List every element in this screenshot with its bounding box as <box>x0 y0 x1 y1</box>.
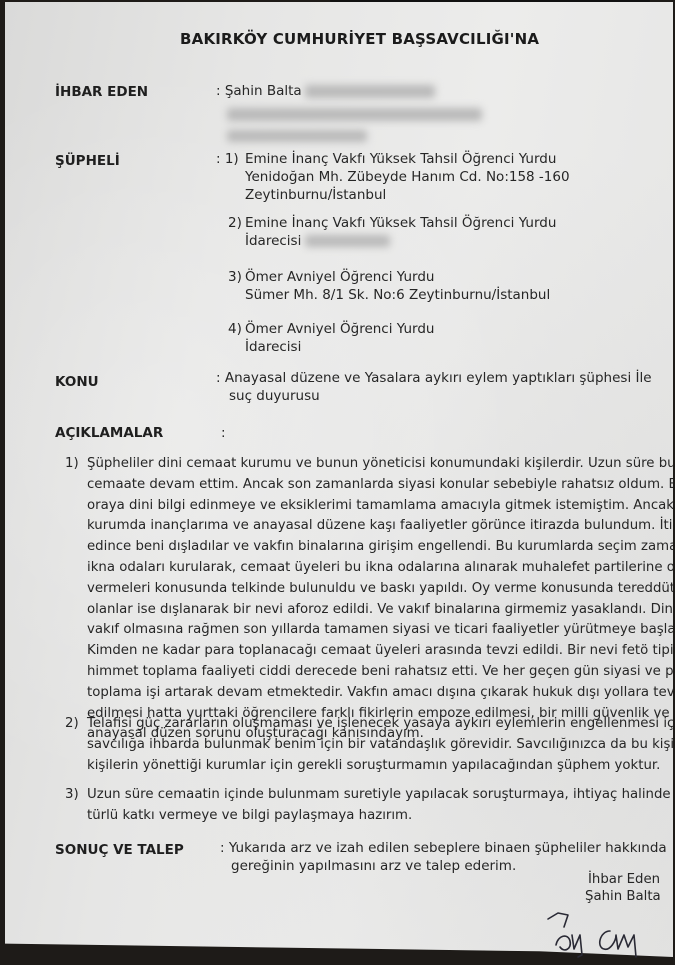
supheli-item-4-line: İdarecisi <box>245 338 301 356</box>
label-sonuc-ve-talep: SONUÇ VE TALEP <box>55 842 184 858</box>
supheli-item-1-number: : 1) <box>216 150 239 168</box>
supheli-item-1-line: Yenidoğan Mh. Zübeyde Hanım Cd. No:158 -… <box>245 168 570 186</box>
supheli-item-4-line: Ömer Avniyel Öğrenci Yurdu <box>245 320 434 338</box>
paragraph-line: Telafisi güç zararların oluşmaması ve iş… <box>87 714 675 735</box>
label-supheli: ŞÜPHELİ <box>55 153 120 169</box>
supheli-item-3-number: 3) <box>228 268 242 286</box>
supheli-item-2-line: İdarecisi <box>245 232 301 250</box>
paragraph-line: edince beni dışladılar ve vakfın binalar… <box>87 537 675 558</box>
konu-line: suç duyurusu <box>229 387 320 405</box>
supheli-item-2-number: 2) <box>228 214 242 232</box>
redacted-info <box>305 235 390 247</box>
supheli-item-3-line: Ömer Avniyel Öğrenci Yurdu <box>245 268 434 286</box>
sonuc-line: gereğinin yapılmasını arz ve talep ederi… <box>231 857 516 875</box>
redacted-info <box>305 85 435 98</box>
ihbar-eden-value: : Şahin Balta <box>216 82 302 100</box>
paragraph-line: olanlar ise dışlanarak bir nevi aforoz e… <box>87 600 675 621</box>
paragraph-lines: Uzun süre cemaatin içinde bulunmam suret… <box>87 785 675 827</box>
document-page: BAKIRKÖY CUMHURİYET BAŞSAVCILIĞI'NA İHBA… <box>5 2 673 957</box>
paragraph-line: Kimden ne kadar para toplanacağı cemaat … <box>87 641 675 662</box>
paragraph-line: kurumda inançlarıma ve anayasal düzene k… <box>87 516 675 537</box>
paragraph-line: türlü katkı vermeye ve bilgi paylaşmaya … <box>87 806 675 827</box>
signature-role: İhbar Eden <box>588 872 660 887</box>
paragraph-line: Uzun süre cemaatin içinde bulunmam suret… <box>87 785 675 806</box>
paragraph-number: 2) <box>65 714 79 735</box>
aciklamalar-colon: : <box>221 424 226 442</box>
konu-line: : Anayasal düzene ve Yasalara aykırı eyl… <box>216 369 652 387</box>
paragraph-line: kişilerin yönettiği kurumlar için gerekl… <box>87 756 675 777</box>
paragraph-line: oraya dini bilgi edinmeye ve eksiklerimi… <box>87 496 675 517</box>
signature-icon <box>538 905 663 960</box>
supheli-item-3-line: Sümer Mh. 8/1 Sk. No:6 Zeytinburnu/İstan… <box>245 286 550 304</box>
paragraph-line: vermeleri konusunda telkinde bulunuldu v… <box>87 579 675 600</box>
supheli-item-2-line: Emine İnanç Vakfı Yüksek Tahsil Öğrenci … <box>245 214 556 232</box>
paragraph-line: cemaate devam ettim. Ancak son zamanlard… <box>87 475 675 496</box>
label-konu: KONU <box>55 374 99 390</box>
paragraph-line: toplama işi artarak devam etmektedir. Va… <box>87 683 675 704</box>
document-title: BAKIRKÖY CUMHURİYET BAŞSAVCILIĞI'NA <box>180 30 539 48</box>
paragraph-line: Şüpheliler dini cemaat kurumu ve bunun y… <box>87 454 675 475</box>
paragraph-line: savcılığa ihbarda bulunmak benim için bi… <box>87 735 675 756</box>
sonuc-line: : Yukarıda arz ve izah edilen sebeplere … <box>220 839 667 857</box>
paragraph-lines: Telafisi güç zararların oluşmaması ve iş… <box>87 714 675 776</box>
redacted-info <box>227 130 367 142</box>
supheli-item-1-line: Emine İnanç Vakfı Yüksek Tahsil Öğrenci … <box>245 150 556 168</box>
supheli-item-4-number: 4) <box>228 320 242 338</box>
signature-name: Şahin Balta <box>585 889 661 904</box>
paragraph-number: 1) <box>65 454 79 475</box>
label-aciklamalar: AÇIKLAMALAR <box>55 425 163 441</box>
paragraph-lines: Şüpheliler dini cemaat kurumu ve bunun y… <box>87 454 675 745</box>
paragraph-line: himmet toplama faaliyeti ciddi derecede … <box>87 662 675 683</box>
supheli-item-1-line: Zeytinburnu/İstanbul <box>245 186 386 204</box>
label-ihbar-eden: İHBAR EDEN <box>55 84 148 100</box>
paragraph-line: vakıf olmasına rağmen son yıllarda tamam… <box>87 620 675 641</box>
paragraph-line: ikna odaları kurularak, cemaat üyeleri b… <box>87 558 675 579</box>
redacted-info <box>227 108 482 121</box>
paragraph-number: 3) <box>65 785 79 806</box>
